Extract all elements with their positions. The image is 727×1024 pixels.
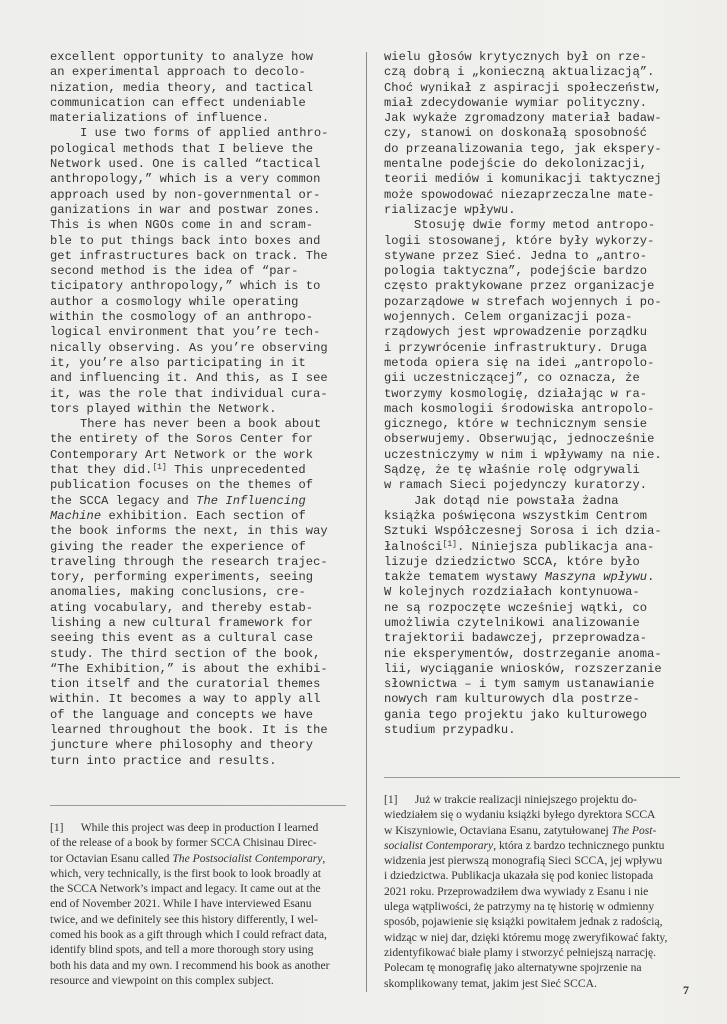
text-line: teorii mediów i komunikacji taktycznej (384, 172, 662, 187)
text-line: it, was the role that individual cura- (50, 387, 328, 402)
footnote-line: 2021 roku. Przeprowadziłem dwa wywiady z… (384, 884, 667, 899)
text-line: rializacje wpływu. (384, 203, 662, 218)
text-line: tory, performing experiments, seeing (50, 570, 328, 585)
footnote-marker: [1] (50, 821, 81, 834)
text-line: pological methods that I believe the (50, 142, 328, 157)
footnote-line: twice, and we definitely see this histor… (50, 912, 329, 927)
text-line: nically observing. As you’re observing (50, 341, 328, 356)
text-line: lishing a new cultural framework for (50, 616, 328, 631)
footnote-line: of the release of a book by former SCCA … (50, 835, 329, 850)
text-line: pologia taktyczna”, podejście bardzo (384, 264, 662, 279)
text-line: excellent opportunity to analyze how (50, 50, 328, 65)
text-line: trajektorii badawczej, przeprowadza- (384, 631, 662, 646)
text-line: gii uczestniczącej”, co oznacza, że (384, 371, 662, 386)
footnote-reference: [1] (442, 540, 457, 549)
text-line: it, you’re also participating in it (50, 356, 328, 371)
footnote-reference: [1] (152, 463, 167, 472)
text-line: metoda opiera się na idei „antropolo- (384, 356, 662, 371)
text-line: książka poświęcona wszystkim Centrom (384, 509, 662, 524)
text-line: Network used. One is called “tactical (50, 157, 328, 172)
text-line: communication can effect undeniable (50, 96, 328, 111)
footnote-rule-english (50, 805, 346, 806)
text-line: publication focuses on the themes of (50, 478, 328, 493)
text-line: W kolejnych rozdziałach kontynuowa- (384, 585, 662, 600)
text-line: miał zdecydowanie wymiar polityczny. (384, 96, 662, 111)
footnote-line: sposób, pojawienie się książki powitałem… (384, 914, 667, 929)
text-line: author a cosmology while operating (50, 295, 328, 310)
footnote-line: w Kiszyniowie, Octaviana Esanu, zatytuło… (384, 823, 667, 838)
footnote-line: end of November 2021. While I have inter… (50, 896, 329, 911)
text-line: materializations of influence. (50, 111, 328, 126)
text-line: There has never been a book about (50, 417, 328, 432)
text-line: czy, stanowi on doskonałą sposobność (384, 126, 662, 141)
italic-title: The Influencing (196, 494, 306, 508)
text-line: umożliwia czytelnikowi analizowanie (384, 616, 662, 631)
text-line: uczestniczymy w nim i wpływamy na nie. (384, 448, 662, 463)
text-line: of the language and concepts we have (50, 708, 328, 723)
text-line: I use two forms of applied anthro- (50, 126, 328, 141)
text-line: Stosuję dwie formy metod antropo- (384, 218, 662, 233)
text-line: Jak wykaże zgromadzony materiał badaw- (384, 111, 662, 126)
footnote-line: the SCCA Network’s impact and legacy. It… (50, 881, 329, 896)
italic-title: Maszyna wpływu (545, 570, 647, 584)
text-line: może spowodować niezaprzeczalne mate- (384, 188, 662, 203)
column-divider (366, 52, 367, 992)
text-line: w ramach Sieci pojedynczy kuratorzy. (384, 478, 662, 493)
text-line: ticipatory anthropology,” which is to (50, 279, 328, 294)
text-line: ne są rozpoczęte wcześniej wątki, co (384, 601, 662, 616)
text-line: łalności[1]. Niniejsza publikacja ana- (384, 540, 662, 555)
footnote-polish: [1] Już w trakcie realizacji niniejszego… (384, 792, 667, 991)
text-line: learned throughout the book. It is the (50, 723, 328, 738)
text-line: Contemporary Art Network or the work (50, 448, 328, 463)
page-number: 7 (683, 983, 689, 998)
text-line: mach kosmologii środowiska antropolo- (384, 402, 662, 417)
footnote-line: wiedziałem się o wydaniu książki byłego … (384, 807, 667, 822)
footnote-marker: [1] (384, 793, 415, 806)
text-line: Sądzę, że tę właśnie rolę odgrywali (384, 463, 662, 478)
text-line: nie eksperymentów, dostrzeganie anoma- (384, 647, 662, 662)
italic-title: Machine (50, 509, 101, 523)
footnote-line: [1] While this project was deep in produ… (50, 820, 329, 835)
text-line: get infrastructures back on track. The (50, 249, 328, 264)
footnote-line: skomplikowany temat, jakim jest Sieć SCC… (384, 976, 667, 991)
footnote-line: socialist Contemporary, która z bardzo t… (384, 838, 667, 853)
text-line: and influencing it. And this, as I see (50, 371, 328, 386)
text-line: anomalies, making conclusions, cre- (50, 585, 328, 600)
footnote-rule-polish (384, 777, 680, 778)
text-line: study. The third section of the book, (50, 647, 328, 662)
text-line: that they did.[1] This unprecedented (50, 463, 328, 478)
italic-title: The Postsocialist Contemporary (172, 852, 322, 865)
footnote-line: ulega wątpliwości, że patrzymy na tę his… (384, 899, 667, 914)
text-line: tion itself and the curatorial themes (50, 677, 328, 692)
book-page: excellent opportunity to analyze howan e… (0, 0, 727, 1024)
text-line: pozarządowe w strefach wojennych i po- (384, 295, 662, 310)
text-line: gicznego, które w technicznym sensie (384, 417, 662, 432)
text-line: stywane przez Sieć. Jedna to „antro- (384, 249, 662, 264)
text-line: tors played within the Network. (50, 402, 328, 417)
footnote-line: i dziedzictwa. Publikacja ukazała się po… (384, 868, 667, 883)
text-line: logii stosowanej, które były wykorzy- (384, 234, 662, 249)
footnote-line: comed his book as a gift through which I… (50, 927, 329, 942)
text-line: także tematem wystawy Maszyna wpływu. (384, 570, 662, 585)
text-line: i przywrócenie infrastruktury. Druga (384, 341, 662, 356)
english-column: excellent opportunity to analyze howan e… (50, 50, 328, 769)
text-line: Choć wynikał z aspiracji społeczeństw, (384, 81, 662, 96)
footnote-line: resource and viewpoint on this complex s… (50, 973, 329, 988)
text-line: turn into practice and results. (50, 754, 328, 769)
text-line: wojennych. Celem organizacji poza- (384, 310, 662, 325)
text-line: studium przypadku. (384, 723, 662, 738)
footnote-line: both his data and my own. I recommend hi… (50, 958, 329, 973)
footnote-line: widząc w niej dar, dzięki któremu mogę z… (384, 930, 667, 945)
text-line: obserwujemy. Obserwując, jednocześnie (384, 432, 662, 447)
text-line: ating vocabulary, and thereby estab- (50, 601, 328, 616)
text-line: anthropology,” which is a very common (50, 172, 328, 187)
text-line: Jak dotąd nie powstała żadna (384, 494, 662, 509)
text-line: “The Exhibition,” is about the exhibi- (50, 662, 328, 677)
text-line: gania tego projektu jako kulturowego (384, 708, 662, 723)
polish-column: wielu głosów krytycznych był on rze-czą … (384, 50, 662, 738)
text-line: nowych ram kulturowych dla postrze- (384, 692, 662, 707)
text-line: the SCCA legacy and The Influencing (50, 494, 328, 509)
text-line: tworzymy kosmologię, działając w ra- (384, 387, 662, 402)
italic-title: The Post- (612, 824, 657, 837)
text-line: seeing this event as a cultural case (50, 631, 328, 646)
text-line: giving the reader the experience of (50, 540, 328, 555)
text-line: nization, media theory, and tactical (50, 81, 328, 96)
text-line: an experimental approach to decolo- (50, 65, 328, 80)
text-line: juncture where philosophy and theory (50, 738, 328, 753)
text-line: słownictwa – i tym samym ustanawianie (384, 677, 662, 692)
text-line: the book informs the next, in this way (50, 524, 328, 539)
text-line: Machine exhibition. Each section of (50, 509, 328, 524)
text-line: często praktykowane przez organizacje (384, 279, 662, 294)
footnote-line: identify blind spots, and tell a more th… (50, 942, 329, 957)
text-line: czą dobrą i „konieczną aktualizacją”. (384, 65, 662, 80)
text-line: lii, wyciąganie wniosków, rozszerzanie (384, 662, 662, 677)
footnote-line: tor Octavian Esanu called The Postsocial… (50, 851, 329, 866)
text-line: the entirety of the Soros Center for (50, 432, 328, 447)
text-line: approach used by non-governmental or- (50, 188, 328, 203)
text-line: ganizations in war and postwar zones. (50, 203, 328, 218)
text-line: do przeanalizowania tego, jak ekspery- (384, 142, 662, 157)
text-line: logical environment that you’re tech- (50, 325, 328, 340)
footnote-line: zidentyfikować białe plamy i stworzyć pe… (384, 945, 667, 960)
text-line: second method is the idea of “par- (50, 264, 328, 279)
text-line: ble to put things back into boxes and (50, 234, 328, 249)
footnote-line: [1] Już w trakcie realizacji niniejszego… (384, 792, 667, 807)
text-line: within the cosmology of an anthropo- (50, 310, 328, 325)
text-line: Sztuki Współczesnej Sorosa i ich dzia- (384, 524, 662, 539)
italic-title: socialist Contemporary (384, 839, 493, 852)
text-line: This is when NGOs come in and scram- (50, 218, 328, 233)
text-line: wielu głosów krytycznych był on rze- (384, 50, 662, 65)
footnote-line: which, very technically, is the first bo… (50, 866, 329, 881)
footnote-line: Polecam tę monografię jako alternatywne … (384, 960, 667, 975)
footnote-line: widzenia jest pierwszą monografią Sieci … (384, 853, 667, 868)
text-line: lizuje dziedzictwo SCCA, które było (384, 555, 662, 570)
text-line: mentalne podejście do dekolonizacji, (384, 157, 662, 172)
text-line: traveling through the research trajec- (50, 555, 328, 570)
footnote-english: [1] While this project was deep in produ… (50, 820, 329, 988)
text-line: within. It becomes a way to apply all (50, 692, 328, 707)
text-line: rządowych jest wprowadzenie porządku (384, 325, 662, 340)
